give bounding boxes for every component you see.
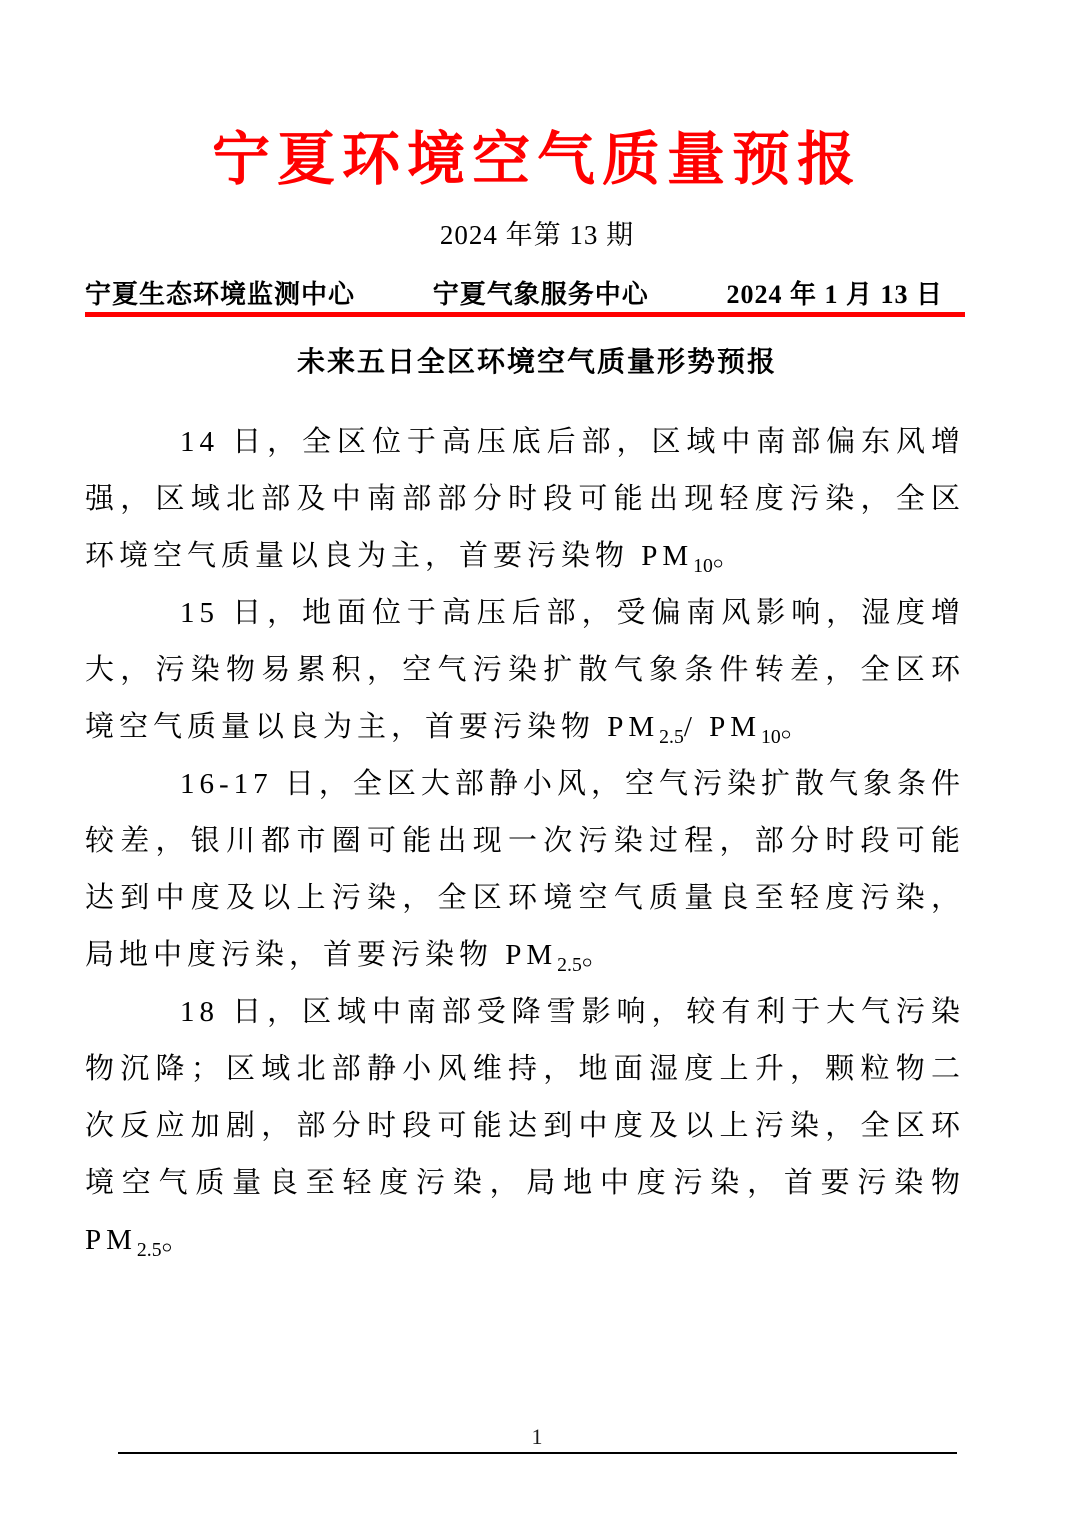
agency-name-left: 宁夏生态环境监测中心 bbox=[85, 280, 355, 310]
paragraph-day-14: 14 日，全区位于高压底后部，区域中南部偏东风增强，区域北部及中南部部分时段可能… bbox=[85, 414, 965, 585]
header-row: 宁夏生态环境监测中心 宁夏气象服务中心 2024 年 1 月 13 日 bbox=[85, 280, 965, 310]
paragraph-day-18: 18 日，区域中南部受降雪影响，较有利于大气污染物沉降；区域北部静小风维持，地面… bbox=[85, 984, 965, 1269]
footer-divider-line bbox=[118, 1452, 957, 1454]
issue-date: 2024 年 1 月 13 日 bbox=[726, 280, 965, 310]
paragraph-day-16-17: 16-17 日，全区大部静小风，空气污染扩散气象条件较差，银川都市圈可能出现一次… bbox=[85, 756, 965, 984]
page-number: 1 bbox=[0, 1424, 1074, 1450]
issue-number-line: 2024 年第 13 期 bbox=[0, 218, 1074, 252]
section-title: 未来五日全区环境空气质量形势预报 bbox=[0, 347, 1074, 379]
agency-name-center: 宁夏气象服务中心 bbox=[433, 280, 649, 310]
document-title: 宁夏环境空气质量预报 bbox=[0, 0, 1074, 192]
paragraph-day-15: 15 日，地面位于高压后部，受偏南风影响，湿度增大，污染物易累积，空气污染扩散气… bbox=[85, 585, 965, 756]
red-divider-line bbox=[85, 312, 965, 317]
document-page: 宁夏环境空气质量预报 2024 年第 13 期 宁夏生态环境监测中心 宁夏气象服… bbox=[0, 0, 1074, 1520]
forecast-body: 14 日，全区位于高压底后部，区域中南部偏东风增强，区域北部及中南部部分时段可能… bbox=[85, 414, 965, 1269]
